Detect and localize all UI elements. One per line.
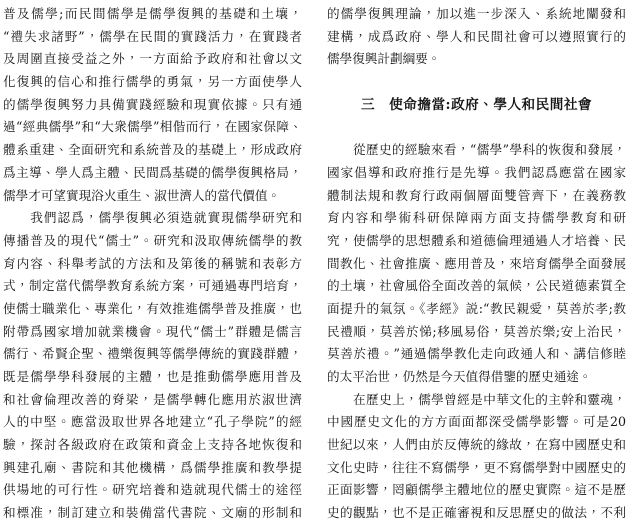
text-line: “禮失求諸野”，儒學在民間的實踐活力，在實踐者 [3, 26, 302, 49]
text-line: 體系重建、全面研究和系統普及的基礎上，形成政府 [3, 139, 302, 162]
text-line: 從歷史的經驗來看，“儒學”學科的恢復和發展， [327, 139, 626, 162]
text-line: 人的中堅。應當汲取世界各地建立“孔子學院”的經 [3, 411, 302, 434]
text-line: 究，使儒學的思想體系和道德倫理通過人才培養、民 [327, 230, 626, 253]
text-line: 建構，成爲政府、學人和民間社會可以遵照實行的 [327, 26, 626, 49]
text-column-left: 普及儒學;而民間儒學是儒學復興的基礎和土壤，“禮失求諸野”，儒學在民間的實踐活力… [3, 3, 302, 525]
text-line: 國家倡導和政府推行是先導。我們認爲應當在國家 [327, 162, 626, 185]
text-line: 民禮順，莫善於悌;移風易俗，莫善於樂;安上治民， [327, 321, 626, 344]
text-line: 既是儒學學科發展的主體，也是推動儒學應用普及 [3, 366, 302, 389]
text-line: 我們認爲，儒學復興必須造就實現儒學研究和 [3, 207, 302, 230]
text-line: 儒學才可望實現浴火重生、淑世濟人的當代價值。 [3, 185, 302, 208]
text-line: 文化史時，往往不寫儒學，更不寫儒學對中國歷史的 [327, 457, 626, 480]
text-line: 儒行、希賢企聖、禮樂復興等儒學傳統的實踐群體， [3, 343, 302, 366]
text-line: 中國歷史文化的方方面面都深受儒學影響。可是20 [327, 411, 626, 434]
text-line: 化復興的信心和推行儒學的勇氣，另一方面使學人 [3, 71, 302, 94]
text-line: 體制法規和教育行政兩個層面雙管齊下，在義務教 [327, 185, 626, 208]
text-line: 的儒學復興努力具備實踐經驗和現實依據。只有通 [3, 94, 302, 117]
text-line: 在歷史上，儒學曾經是中華文化的主幹和靈魂， [327, 389, 626, 412]
text-line: 供場地的可行性。研究培養和造就現代儒士的途徑 [3, 479, 302, 502]
text-line: 正面影響，罔顧儒學主體地位的歷史實際。這不是歷 [327, 479, 626, 502]
text-line: 的儒學復興理論，加以進一步深入、系統地闡發和 [327, 3, 626, 26]
text-line: 興建孔廟、書院和其他機構，爲儒學推廣和教學提 [3, 457, 302, 480]
text-line: 使儒士職業化、專業化，有效推進儒學普及推廣，也 [3, 298, 302, 321]
text-line: 育内容和學術科研保障兩方面支持儒學教育和研 [327, 207, 626, 230]
text-line: 儒學復興計劃綱要。 [327, 48, 626, 71]
text-line [327, 116, 626, 139]
document-page: 普及儒學;而民間儒學是儒學復興的基礎和土壤，“禮失求諸野”，儒學在民間的實踐活力… [0, 0, 628, 525]
text-line: 面提升的氣氛。《孝經》説:“教民親愛，莫善於孝;教 [327, 298, 626, 321]
text-line: 附帶爲國家增加就業機會。現代“儒士”群體是儒言 [3, 321, 302, 344]
section-heading: 三 使命擔當:政府、學人和民間社會 [327, 94, 626, 117]
text-column-right: 的儒學復興理論，加以進一步深入、系統地闡發和建構，成爲政府、學人和民間社會可以遵… [327, 3, 626, 525]
text-line: 的土壤，社會風俗全面改善的氣候，公民道德素質全 [327, 275, 626, 298]
text-line: 的太平治世，仍然是今天值得借鑒的歷史通途。 [327, 366, 626, 389]
text-line: 和社會倫理改善的脊梁，是儒學轉化應用於淑世濟 [3, 389, 302, 412]
text-line: 爲主導、學人爲主體、民間爲基礎的儒學復興格局， [3, 162, 302, 185]
text-line: 間教化、社會推廣、應用普及，來培育儒學全面發展 [327, 253, 626, 276]
text-line: 育内容、科舉考試的方法和及第後的稱號和表彰方 [3, 253, 302, 276]
text-line [327, 71, 626, 94]
text-line: 及周圍直接受益之外，一方面給予政府和社會以文 [3, 48, 302, 71]
text-line: 和標准，制訂建立和裝備當代書院、文廟的形制和 [3, 502, 302, 525]
text-line: 傳播普及的現代“儒士”。研究和汲取傳統儒學的教 [3, 230, 302, 253]
text-line: 史的觀點，也不是正確審視和反思歷史的做法，不利 [327, 502, 626, 525]
text-line: 莫善於禮。”通過儒學教化走向政通人和、講信修睦 [327, 343, 626, 366]
text-line: 過“經典儒學”和“大衆儒學”相偕而行，在國家保障、 [3, 116, 302, 139]
text-line: 式，制定當代儒學教育系統方案，可通過專門培育， [3, 275, 302, 298]
text-line: 驗，探討各級政府在政策和資金上支持各地恢復和 [3, 434, 302, 457]
text-line: 世紀以來，人們由於反傳統的緣故，在寫中國歷史和 [327, 434, 626, 457]
text-line: 普及儒學;而民間儒學是儒學復興的基礎和土壤， [3, 3, 302, 26]
